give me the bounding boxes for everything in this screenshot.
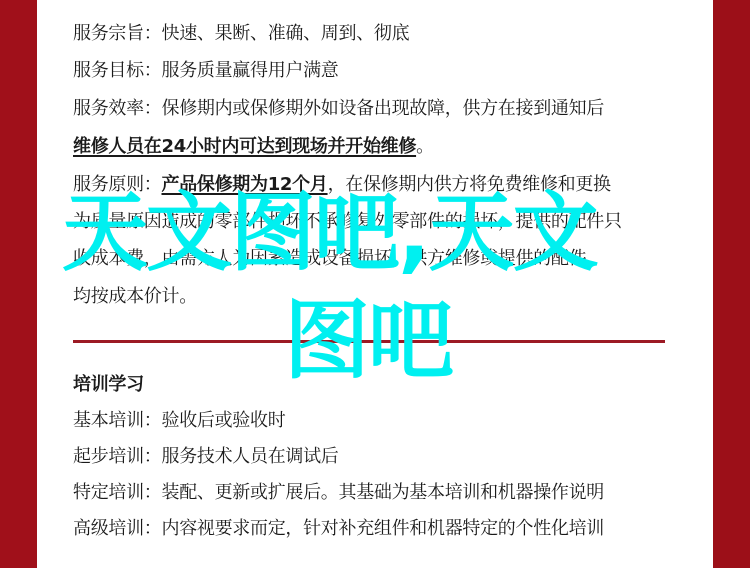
training-item-label: 特定培训： [73, 482, 162, 503]
training-item: 起步培训：服务技术人员在调试后 [73, 445, 339, 469]
watermark-line1: 天文图吧,天文 [62, 190, 597, 276]
training-item-label: 起步培训： [73, 446, 162, 467]
training-item-value: 内容视要求而定，针对补充组件和机器特定的个性化培训 [162, 518, 605, 539]
training-item: 高级培训：内容视要求而定，针对补充组件和机器特定的个性化培训 [73, 517, 604, 541]
service-goal-row: 服务目标：服务质量赢得用户满意 [73, 59, 339, 83]
service-efficiency-row: 服务效率：保修期内或保修期外如设备出现故障，供方在接到通知后 [73, 97, 604, 121]
service-efficiency-label: 服务效率： [73, 98, 162, 119]
watermark-line2: 图吧 [284, 298, 452, 384]
service-purpose-value: 快速、果断、准确、周到、彻底 [162, 23, 410, 44]
service-efficiency-value: 保修期内或保修期外如设备出现故障，供方在接到通知后 [162, 98, 605, 119]
training-item-value: 服务技术人员在调试后 [162, 446, 339, 467]
service-goal-label: 服务目标： [73, 60, 162, 81]
service-efficiency-emphasis: 维修人员在24小时内可达到现场并开始维修 [73, 136, 416, 157]
right-red-border [713, 0, 750, 568]
training-item-value: 装配、更新或扩展后。其基础为基本培训和机器操作说明 [162, 482, 605, 503]
service-efficiency-emphasis-row: 维修人员在24小时内可达到现场并开始维修。 [73, 135, 434, 159]
service-goal-value: 服务质量赢得用户满意 [162, 60, 339, 81]
training-item-label: 基本培训： [73, 410, 162, 431]
training-item-value: 验收后或验收时 [162, 410, 286, 431]
service-purpose-row: 服务宗旨：快速、果断、准确、周到、彻底 [73, 22, 409, 46]
service-purpose-label: 服务宗旨： [73, 23, 162, 44]
training-heading: 培训学习 [73, 373, 144, 397]
left-red-border [0, 0, 37, 568]
service-principle-line4: 均按成本价计。 [73, 285, 197, 309]
training-item-label: 高级培训： [73, 518, 162, 539]
training-item: 特定培训：装配、更新或扩展后。其基础为基本培训和机器操作说明 [73, 481, 604, 505]
service-efficiency-end: 。 [416, 136, 434, 157]
training-item: 基本培训：验收后或验收时 [73, 409, 285, 433]
